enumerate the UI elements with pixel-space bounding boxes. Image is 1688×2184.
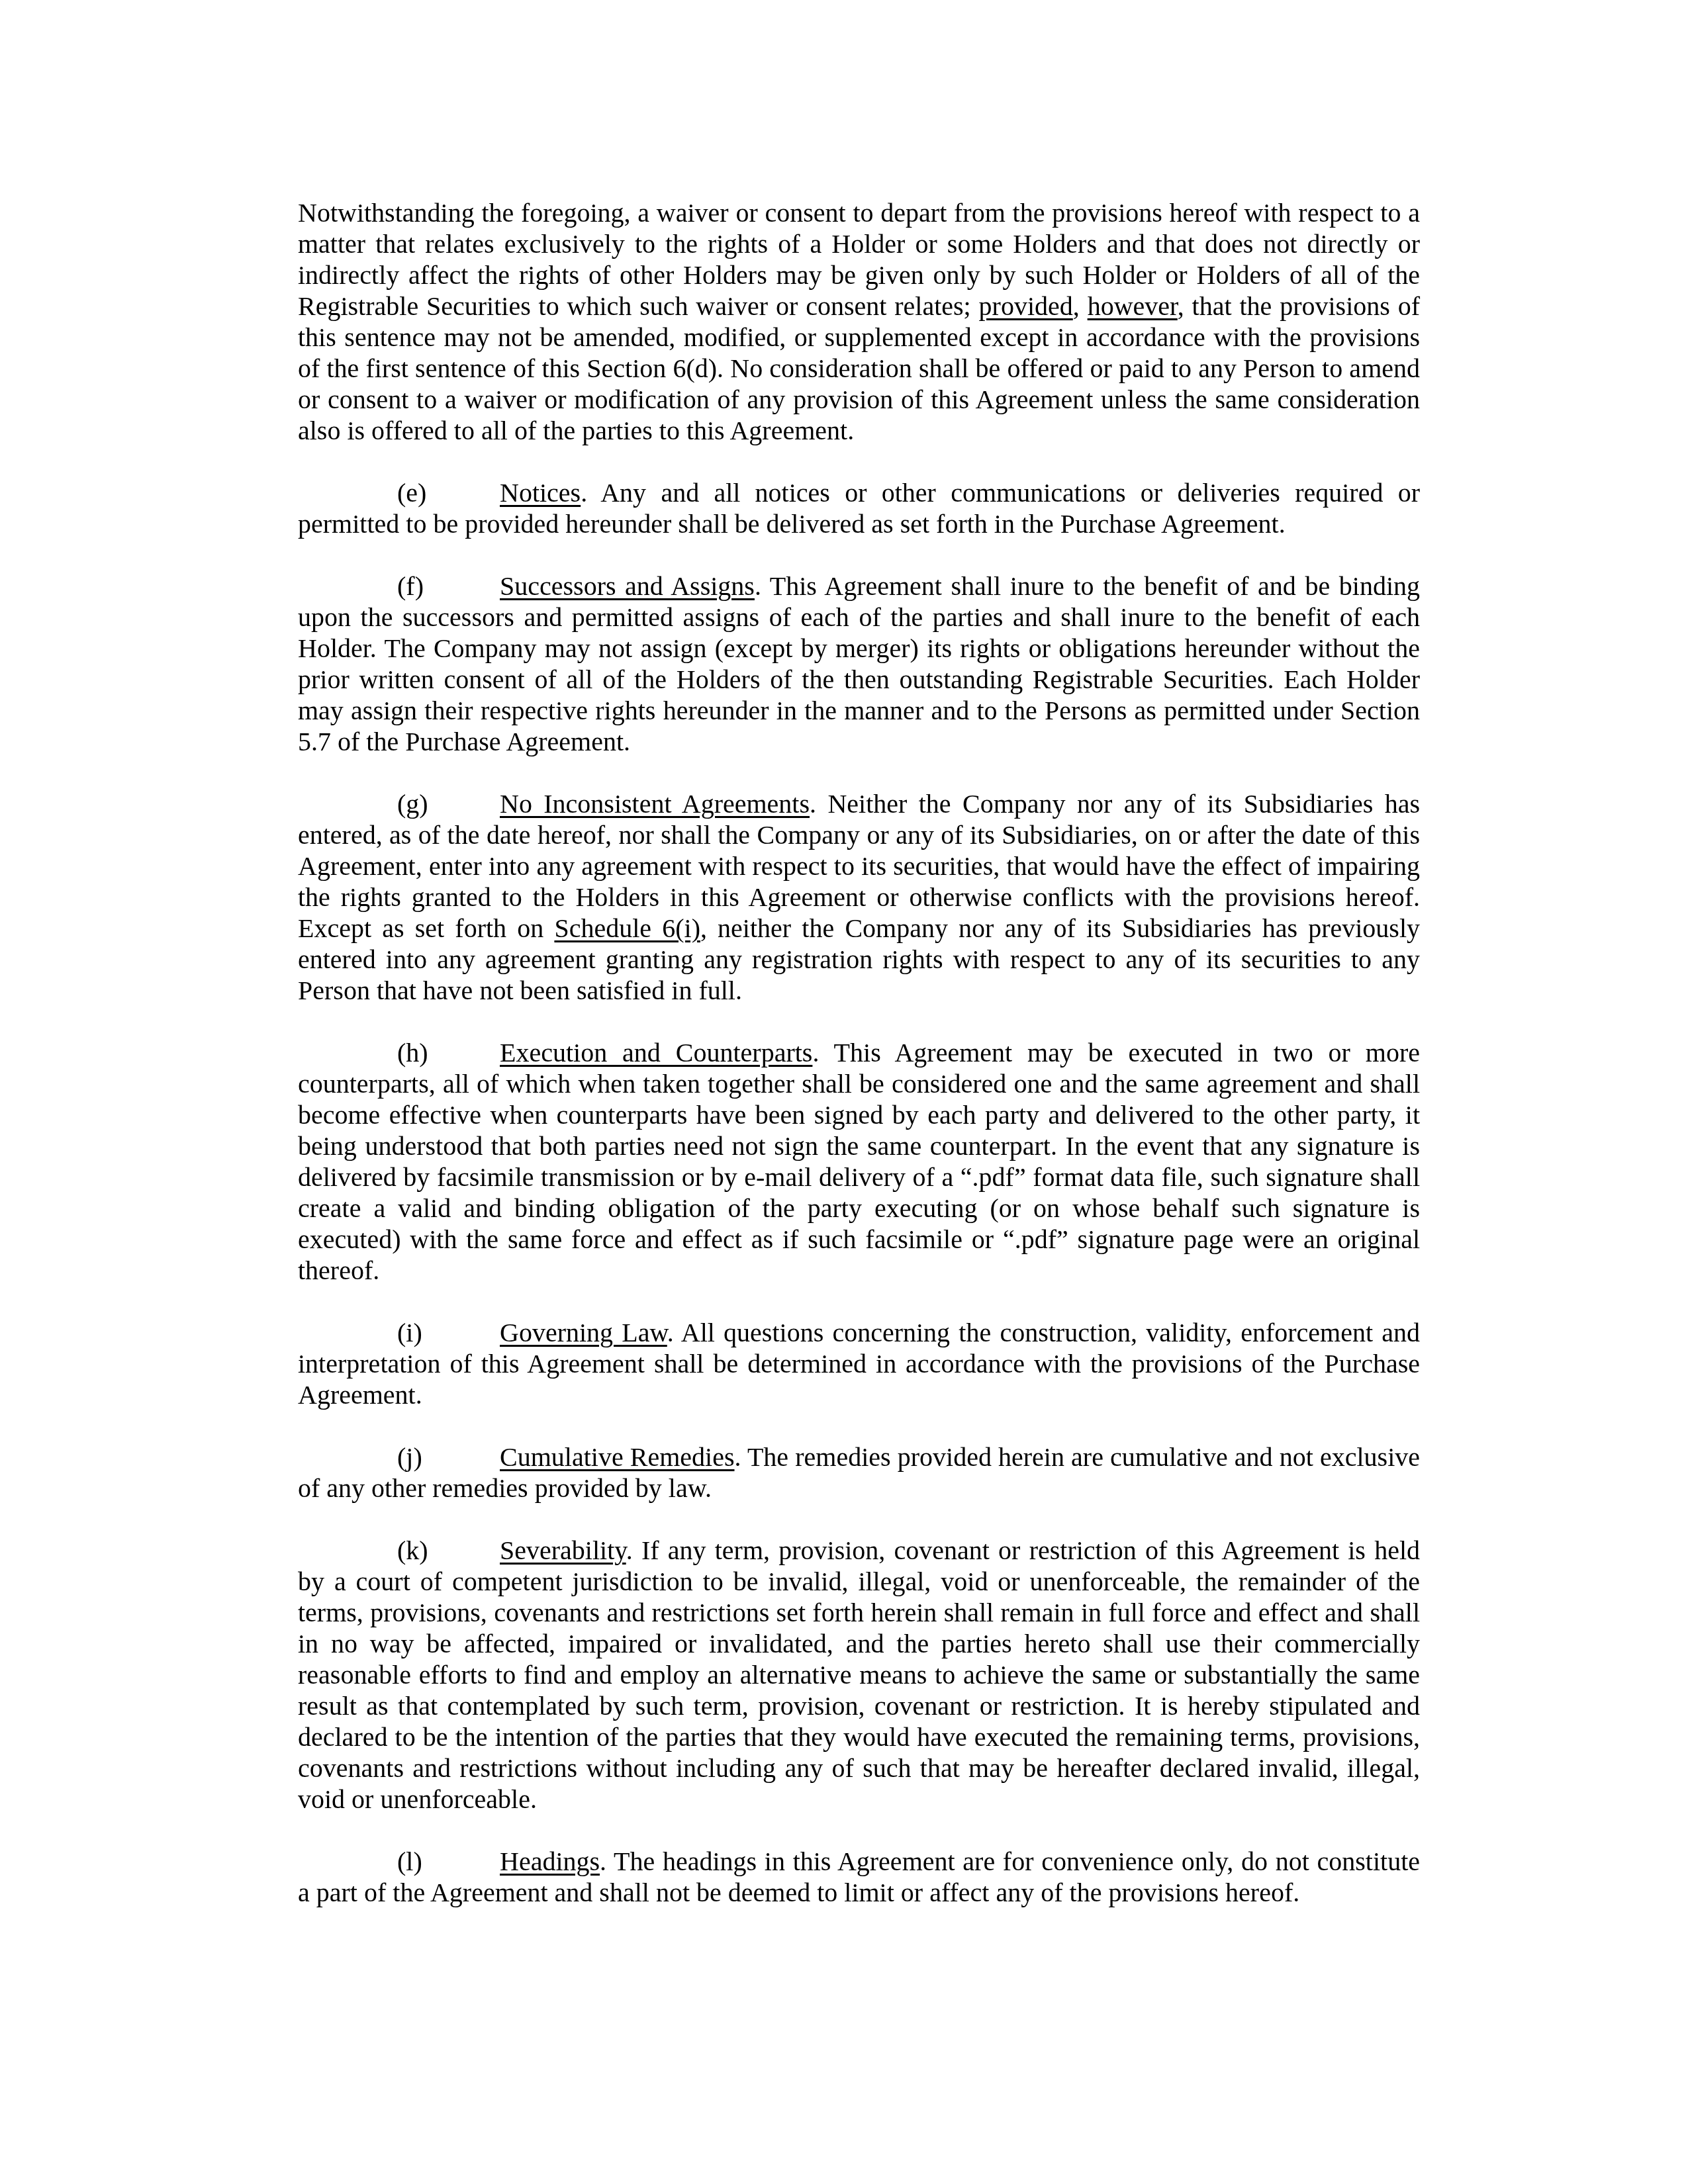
section-label: (h) — [397, 1037, 500, 1068]
section-heading: Severability — [500, 1535, 626, 1565]
section-paragraph-f: (f)Successors and Assigns. This Agreemen… — [298, 570, 1420, 757]
section-label: (k) — [397, 1535, 500, 1566]
section-heading: Governing Law — [500, 1318, 667, 1347]
section-label: (f) — [397, 570, 500, 602]
section-label: (j) — [397, 1441, 500, 1473]
section-heading: Cumulative Remedies — [500, 1442, 735, 1472]
section-underlined-schedule-ref: Schedule 6(i) — [554, 913, 700, 943]
intro-separator: , — [1073, 291, 1088, 321]
section-heading: No Inconsistent Agreements — [500, 789, 810, 819]
section-heading: Notices — [500, 478, 581, 508]
intro-underlined-provided: provided — [979, 291, 1073, 321]
section-body: . If any term, provision, covenant or re… — [298, 1535, 1420, 1814]
section-label: (e) — [397, 477, 500, 508]
section-label: (i) — [397, 1317, 500, 1348]
document-page: Notwithstanding the foregoing, a waiver … — [0, 0, 1688, 2184]
section-label: (l) — [397, 1846, 500, 1877]
section-paragraph-j: (j)Cumulative Remedies. The remedies pro… — [298, 1441, 1420, 1504]
section-heading: Execution and Counterparts — [500, 1038, 812, 1068]
section-paragraph-h: (h)Execution and Counterparts. This Agre… — [298, 1037, 1420, 1286]
section-body: . This Agreement may be executed in two … — [298, 1038, 1420, 1285]
section-heading: Headings — [500, 1846, 600, 1876]
section-paragraph-i: (i)Governing Law. All questions concerni… — [298, 1317, 1420, 1410]
intro-underlined-however: however — [1088, 291, 1178, 321]
section-label: (g) — [397, 788, 500, 819]
section-paragraph-e: (e)Notices. Any and all notices or other… — [298, 477, 1420, 539]
paragraph-intro: Notwithstanding the foregoing, a waiver … — [298, 197, 1420, 446]
section-paragraph-k: (k)Severability. If any term, provision,… — [298, 1535, 1420, 1815]
section-heading: Successors and Assigns — [500, 571, 755, 601]
section-paragraph-l: (l)Headings. The headings in this Agreem… — [298, 1846, 1420, 1908]
section-paragraph-g: (g)No Inconsistent Agreements. Neither t… — [298, 788, 1420, 1006]
